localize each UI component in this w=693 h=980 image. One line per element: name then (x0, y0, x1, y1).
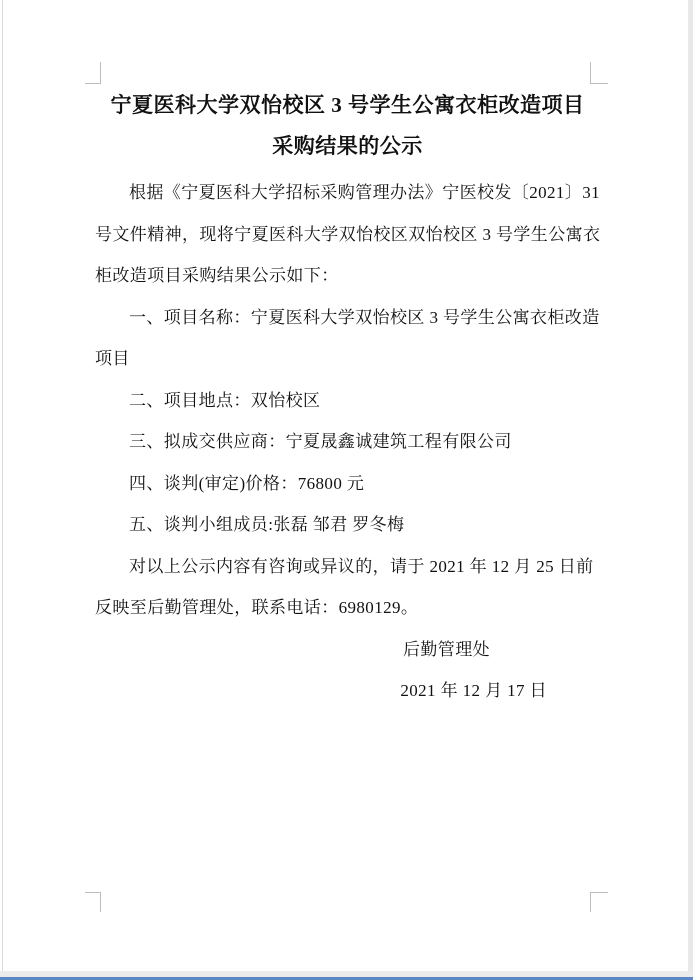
page-right-edge-band (688, 0, 693, 980)
margin-corner-mark-bottom-right (590, 892, 608, 912)
closing-line-1: 对以上公示内容有咨询或异议的，请于 2021 年 12 月 25 日前 (95, 546, 600, 588)
document-title: 宁夏医科大学双怡校区 3 号学生公寓衣柜改造项目 采购结果的公示 (95, 85, 600, 167)
closing-line-2: 反映至后勤管理处，联系电话：6980129。 (95, 587, 600, 629)
item-project-name-line-2: 项目 (95, 338, 600, 380)
intro-line-3: 柜改造项目采购结果公示如下： (95, 255, 600, 297)
document-body: 根据《宁夏医科大学招标采购管理办法》宁医校发〔2021〕31 号文件精神，现将宁… (95, 172, 600, 712)
margin-corner-mark-top-left (85, 62, 101, 84)
title-line-2: 采购结果的公示 (95, 126, 600, 167)
signature-department: 后勤管理处 (95, 629, 600, 671)
page-left-edge-line (2, 0, 3, 980)
signature-date: 2021 年 12 月 17 日 (95, 670, 600, 712)
item-awarded-supplier: 三、拟成交供应商：宁夏晟鑫诚建筑工程有限公司 (95, 421, 600, 463)
title-line-1: 宁夏医科大学双怡校区 3 号学生公寓衣柜改造项目 (95, 85, 600, 126)
document-page: 宁夏医科大学双怡校区 3 号学生公寓衣柜改造项目 采购结果的公示 根据《宁夏医科… (0, 0, 693, 980)
item-project-name-line-1: 一、项目名称：宁夏医科大学双怡校区 3 号学生公寓衣柜改造 (95, 297, 600, 339)
intro-line-2: 号文件精神，现将宁夏医科大学双怡校区双怡校区 3 号学生公寓衣 (95, 214, 600, 256)
margin-corner-mark-bottom-left (85, 892, 101, 912)
margin-corner-mark-top-right (590, 62, 608, 84)
item-panel-members: 五、谈判小组成员:张磊 邹君 罗冬梅 (95, 504, 600, 546)
intro-line-1: 根据《宁夏医科大学招标采购管理办法》宁医校发〔2021〕31 (95, 172, 600, 214)
item-negotiated-price: 四、谈判(审定)价格：76800 元 (95, 463, 600, 505)
item-project-location: 二、项目地点：双怡校区 (95, 380, 600, 422)
